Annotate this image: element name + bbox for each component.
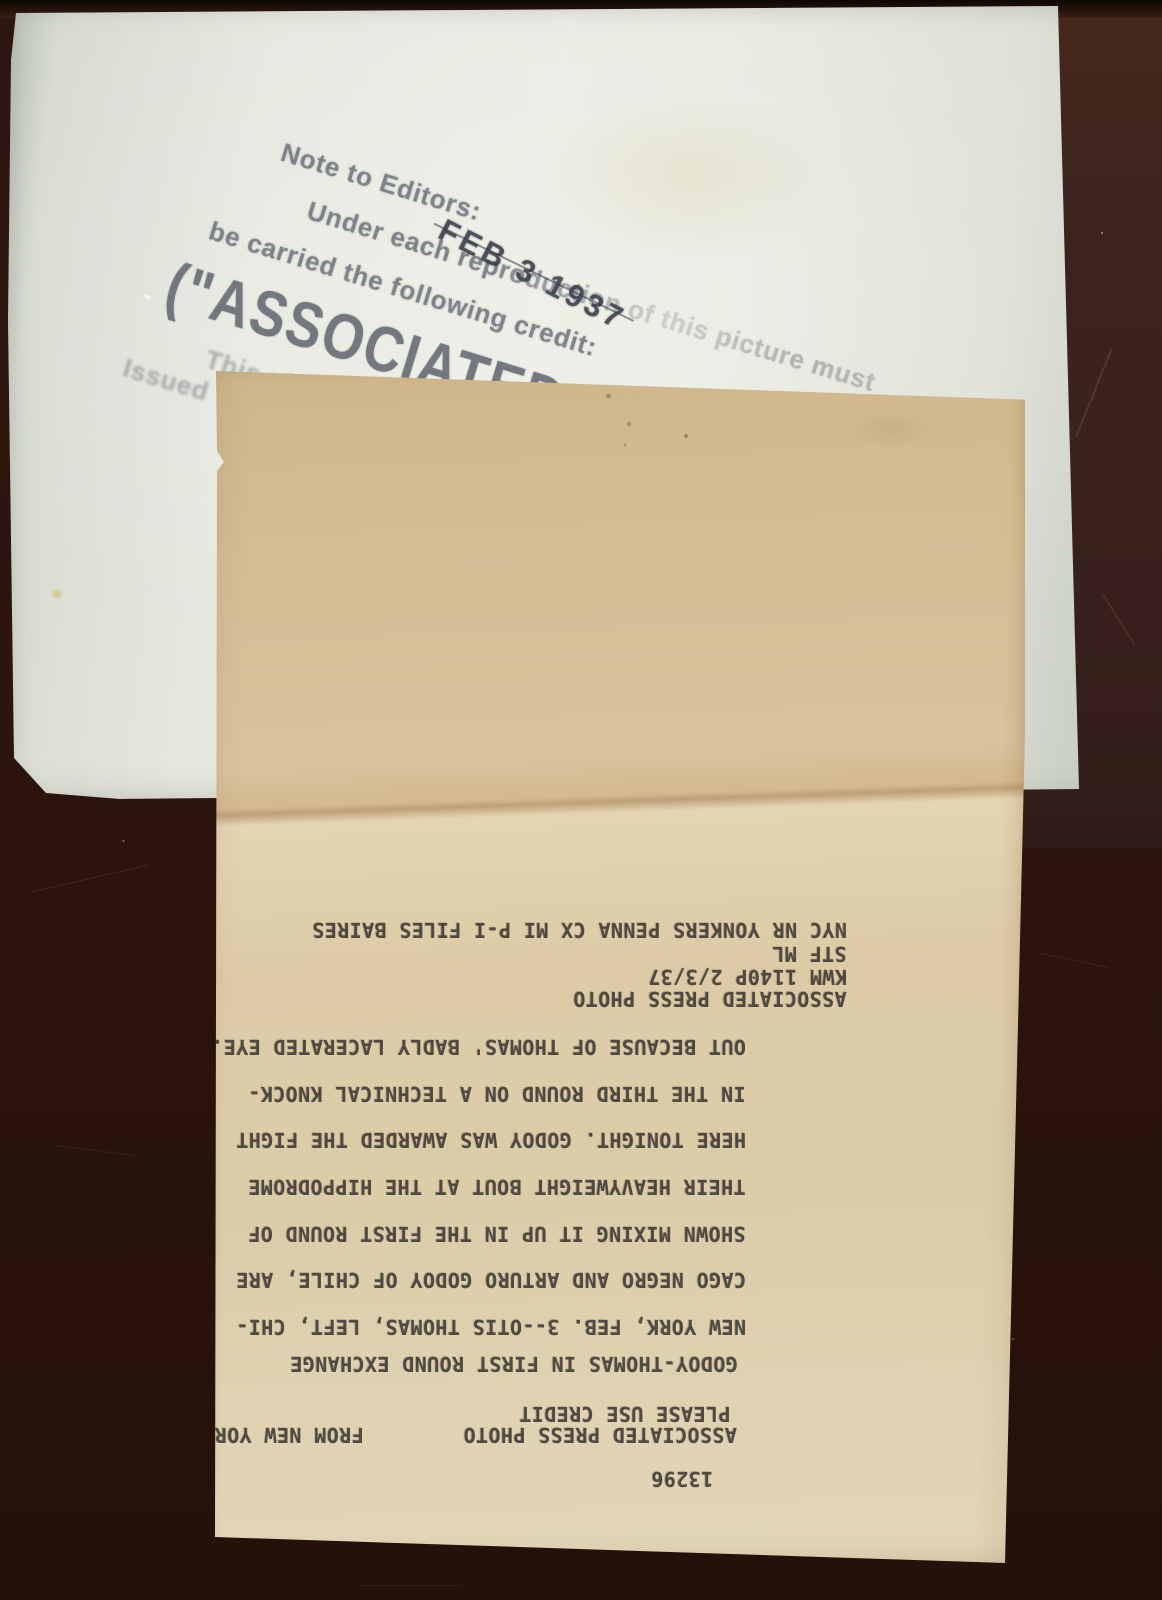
typed-line-photo-number: 13296: [651, 1467, 713, 1490]
scratch-mark: [1041, 953, 1110, 969]
typed-line-routing-code: NYC NR YONKERS PENNA CX MI P-I FILES BAI…: [312, 918, 847, 941]
typed-line-wire-code: KWM 1140P 2/3/37: [648, 965, 847, 988]
typed-line-title: GODOY-THOMAS IN FIRST ROUND EXCHANGE: [290, 1352, 738, 1375]
scratch-mark: [31, 865, 148, 893]
paper-stain: [50, 588, 64, 600]
typed-caption-line: HERE TONIGHT. GODOY WAS AWARDED THE FIGH…: [236, 1128, 746, 1151]
slip-speck: [683, 433, 689, 439]
slip-speck: [626, 421, 632, 427]
typed-caption-line: SHOWN MIXING IT UP IN THE FIRST ROUND OF: [248, 1222, 746, 1245]
typed-line-credit-request: PLEASE USE CREDIT: [519, 1402, 731, 1425]
typed-line-agency-credit: ASSOCIATED PRESS PHOTO: [573, 987, 847, 1010]
typed-line-staff-code: STF ML: [772, 942, 847, 965]
scratch-mark: [360, 1585, 460, 1586]
dust-speck: [1012, 1338, 1014, 1340]
slip-speck: [623, 443, 627, 447]
typed-caption-line: NEW YORK, FEB. 3--OTIS THOMAS, LEFT, CHI…: [236, 1315, 746, 1338]
slip-speck: [605, 393, 612, 399]
scanned-press-photo-back: Note to Editors: Under each reproduction…: [0, 0, 1162, 1600]
scratch-mark: [55, 1145, 135, 1156]
slip-speck: [845, 410, 935, 450]
dust-speck: [1101, 232, 1103, 234]
typed-caption-line: IN THE THIRD ROUND ON A TECHNICAL KNOCK-: [248, 1082, 746, 1105]
typed-caption-line: OUT BECAUSE OF THOMAS' BADLY LACERATED E…: [211, 1035, 746, 1058]
caption-slip: NYC NR YONKERS PENNA CX MI P-I FILES BAI…: [205, 365, 1025, 1565]
typed-caption-line: CAGO NEGRO AND ARTURO GODOY OF CHILE, AR…: [236, 1268, 746, 1291]
typed-caption-line: THEIR HEAVYWEIGHT BOUT AT THE HIPPODROME: [248, 1175, 746, 1198]
typed-line-source: ASSOCIATED PRESS PHOTO FROM NEW YORK: [202, 1423, 737, 1446]
paper-stain: [144, 293, 152, 300]
dust-speck: [122, 840, 125, 842]
